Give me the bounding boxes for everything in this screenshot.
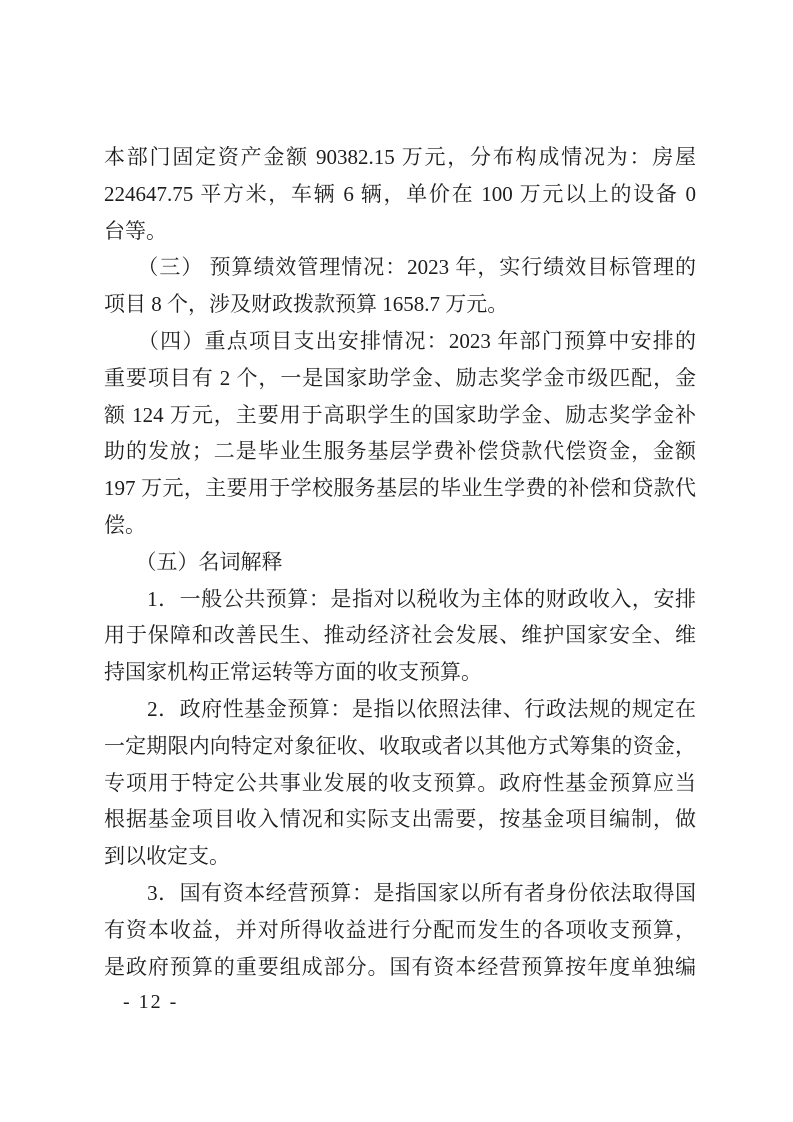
text-line: 1．一般公共预算：是指对以税收为主体的财政收入，安排 — [104, 581, 696, 618]
text-line: 197 万元，主要用于学校服务基层的毕业生学费的补偿和贷款代 — [104, 470, 696, 507]
paragraph-section-3-performance-management: （三） 预算绩效管理情况：2023 年，实行绩效目标管理的项目 8 个，涉及财政… — [104, 249, 696, 323]
text-line: 本部门固定资产金额 90382.15 万元，分布构成情况为：房屋 — [104, 139, 696, 176]
text-line: 根据基金项目收入情况和实际支出需要，按基金项目编制，做 — [104, 801, 696, 838]
text-line: 224647.75 平方米，车辆 6 辆，单价在 100 万元以上的设备 0 — [104, 176, 696, 213]
paragraph-term-1-general-public-budget: 1．一般公共预算：是指对以税收为主体的财政收入，安排用于保障和改善民生、推动经济… — [104, 581, 696, 691]
text-line: 项目 8 个，涉及财政拨款预算 1658.7 万元。 — [104, 286, 696, 323]
paragraph-fixed-assets: 本部门固定资产金额 90382.15 万元，分布构成情况为：房屋224647.7… — [104, 139, 696, 249]
paragraph-term-2-government-funds-budget: 2．政府性基金预算：是指以依照法律、行政法规的规定在一定期限内向特定对象征收、收… — [104, 691, 696, 875]
text-line: 持国家机构正常运转等方面的收支预算。 — [104, 654, 696, 691]
text-line: 重要项目有 2 个，一是国家助学金、励志奖学金市级匹配，金 — [104, 360, 696, 397]
text-line: 2．政府性基金预算：是指以依照法律、行政法规的规定在 — [104, 691, 696, 728]
page-number-label: - 12 - — [123, 991, 178, 1013]
text-line: 额 124 万元，主要用于高职学生的国家助学金、励志奖学金补 — [104, 397, 696, 434]
text-line: 助的发放；二是毕业生服务基层学费补偿贷款代偿资金，金额 — [104, 433, 696, 470]
text-line: 一定期限内向特定对象征收、收取或者以其他方式筹集的资金， — [104, 728, 696, 765]
paragraph-term-3-state-capital-budget: 3．国有资本经营预算：是指国家以所有者身份依法取得国有资本收益，并对所得收益进行… — [104, 875, 696, 985]
document-page: 本部门固定资产金额 90382.15 万元，分布构成情况为：房屋224647.7… — [0, 0, 793, 1122]
text-line: 专项用于特定公共事业发展的收支预算。政府性基金预算应当 — [104, 765, 696, 802]
text-line: （三） 预算绩效管理情况：2023 年，实行绩效目标管理的 — [104, 249, 696, 286]
page-number: - 12 - — [123, 990, 178, 1014]
text-line: 3．国有资本经营预算：是指国家以所有者身份依法取得国 — [104, 875, 696, 912]
text-line: 用于保障和改善民生、推动经济社会发展、维护国家安全、维 — [104, 617, 696, 654]
paragraph-section-4-key-projects: （四）重点项目支出安排情况：2023 年部门预算中安排的重要项目有 2 个，一是… — [104, 323, 696, 544]
text-line: 是政府预算的重要组成部分。国有资本经营预算按年度单独编 — [104, 949, 696, 986]
text-line: 有资本收益，并对所得收益进行分配而发生的各项收支预算， — [104, 912, 696, 949]
text-line: 台等。 — [104, 213, 696, 250]
text-line: （四）重点项目支出安排情况：2023 年部门预算中安排的 — [104, 323, 696, 360]
text-line: （五）名词解释 — [104, 544, 696, 581]
paragraph-section-5-glossary-heading: （五）名词解释 — [104, 544, 696, 581]
text-line: 偿。 — [104, 507, 696, 544]
text-line: 到以收定支。 — [104, 838, 696, 875]
document-body: 本部门固定资产金额 90382.15 万元，分布构成情况为：房屋224647.7… — [104, 139, 696, 985]
